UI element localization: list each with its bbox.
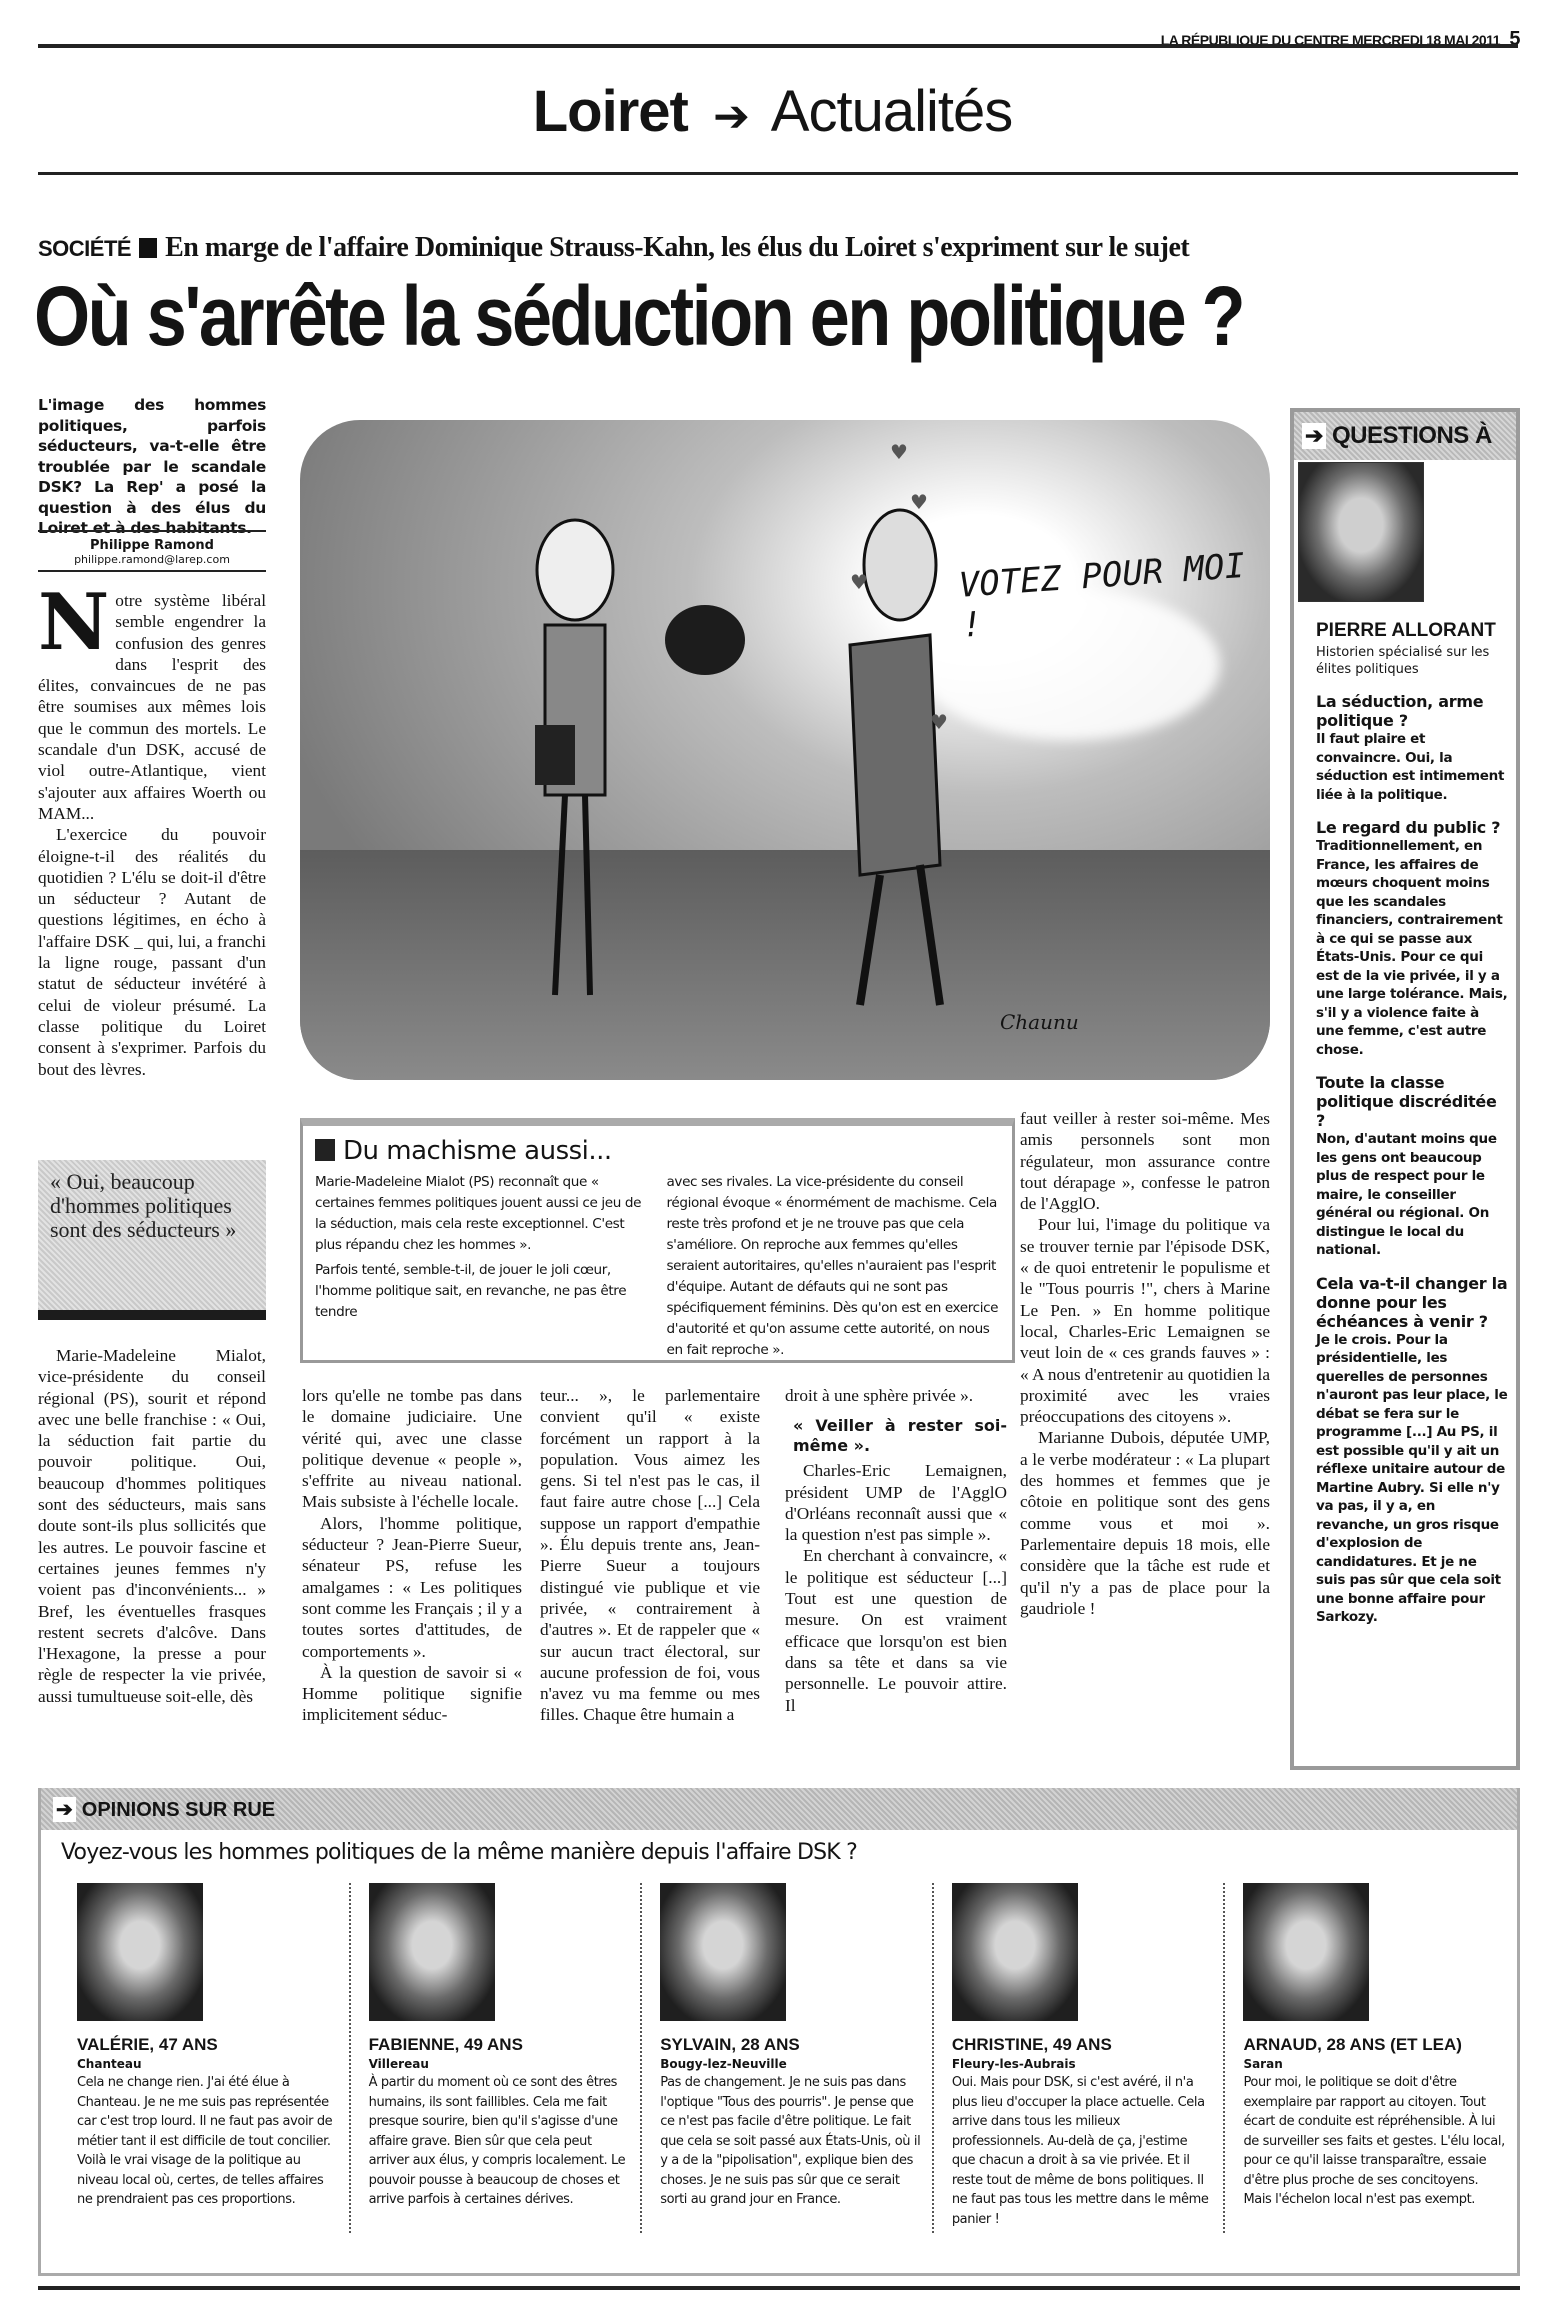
pull-quote-text: « Oui, beaucoup d'hommes politiques sont… (50, 1170, 254, 1242)
inset-title-text: Du machisme aussi... (343, 1136, 612, 1166)
section-rule (38, 172, 1518, 175)
kicker-tag: SOCIÉTÉ (38, 236, 131, 261)
lead-paragraph: L'image des hommes politiques, parfois s… (38, 395, 266, 539)
person-name: SYLVAIN, 28 ANS (660, 2035, 922, 2055)
interviewee-name: PIERRE ALLORANT (1316, 620, 1516, 642)
person-photo (660, 1883, 786, 2021)
section-region: Loiret (533, 79, 688, 144)
person-quote: Pas de changement. Je ne suis pas dans l… (660, 2073, 922, 2210)
inset-title: Du machisme aussi... (315, 1136, 1000, 1166)
answer: Il faut plaire et convaincre. Oui, la sé… (1316, 730, 1508, 804)
questions-header-text: QUESTIONS À (1332, 422, 1492, 449)
arrow-right-icon: ➔ (1302, 423, 1326, 449)
opinions-header: ➔OPINIONS SUR RUE (41, 1788, 1517, 1830)
person-quote: Cela ne change rien. J'ai été élue à Cha… (77, 2073, 339, 2210)
dropcap: N (38, 592, 109, 654)
column-1-continued: Marie-Madeleine Mialot, vice-présidente … (38, 1345, 266, 1707)
paragraph: teur... », le parlementaire convient qu'… (540, 1385, 760, 1726)
person-photo (1243, 1883, 1369, 2021)
author-email[interactable]: philippe.ramond@larep.com (38, 553, 266, 566)
opinions-row: VALÉRIE, 47 ANS Chanteau Cela ne change … (59, 1883, 1517, 2233)
questions-sidebar: ➔QUESTIONS À PIERRE ALLORANT Historien s… (1290, 408, 1520, 1770)
man-figure-icon (790, 505, 960, 1015)
flower-bouquet-icon (665, 605, 745, 675)
opinion-card: VALÉRIE, 47 ANS Chanteau Cela ne change … (59, 1883, 351, 2233)
paragraph: avec ses rivales. La vice-présidente du … (667, 1172, 1001, 1361)
square-bullet-icon (139, 238, 157, 258)
opinion-card: SYLVAIN, 28 ANS Bougy-lez-Neuville Pas d… (642, 1883, 934, 2233)
answer: Non, d'autant moins que les gens ont bea… (1316, 1130, 1508, 1260)
inset-col: Marie-Madeleine Mialot (PS) reconnaît qu… (315, 1172, 649, 1365)
paragraph: Charles-Eric Lemaignen, président UMP de… (785, 1460, 1007, 1545)
kicker-text: En marge de l'affaire Dominique Strauss-… (165, 232, 1189, 263)
paragraph: lors qu'elle ne tombe pas dans le domain… (302, 1385, 522, 1513)
column-2: lors qu'elle ne tombe pas dans le domain… (302, 1385, 522, 1726)
pull-quote: « Oui, beaucoup d'hommes politiques sont… (38, 1160, 266, 1320)
woman-figure-icon (515, 515, 635, 1015)
square-bullet-icon (315, 1139, 335, 1161)
portrait-photo (1298, 462, 1424, 602)
person-quote: Oui. Mais pour DSK, si c'est avéré, il n… (952, 2073, 1214, 2229)
paragraph: Pour lui, l'image du politique va se tro… (1020, 1214, 1270, 1427)
person-name: VALÉRIE, 47 ANS (77, 2035, 339, 2055)
column-5: faut veiller à rester soi-même. Mes amis… (1020, 1108, 1270, 1619)
paragraph: À la question de savoir si « Homme polit… (302, 1662, 522, 1726)
qa-item: Toute la classe politique discréditée ?N… (1316, 1073, 1508, 1260)
ground (300, 850, 1270, 1080)
person-location: Saran (1243, 2057, 1507, 2071)
person-photo (952, 1883, 1078, 2021)
inset-box: Du machisme aussi... Marie-Madeleine Mia… (300, 1118, 1015, 1363)
top-rule (38, 44, 1518, 48)
person-location: Chanteau (77, 2057, 339, 2071)
subheading: « Veiller à rester soi-même ». (793, 1416, 1007, 1456)
questions-header: ➔QUESTIONS À (1294, 412, 1516, 460)
qa-item: La séduction, arme politique ?Il faut pl… (1316, 692, 1508, 804)
opinions-question: Voyez-vous les hommes politiques de la m… (61, 1840, 1517, 1865)
person-name: FABIENNE, 49 ANS (369, 2035, 631, 2055)
paragraph: En cherchant à convaincre, « le politiqu… (785, 1545, 1007, 1715)
heart-icon: ♥ (910, 490, 928, 514)
person-quote: À partir du moment où ce sont des êtres … (369, 2073, 631, 2210)
person-photo (369, 1883, 495, 2021)
paragraph: Marie-Madeleine Mialot, vice-présidente … (38, 1345, 266, 1707)
interviewee-role: Historien spécialisé sur les élites poli… (1316, 644, 1506, 678)
person-name: CHRISTINE, 49 ANS (952, 2035, 1214, 2055)
cartoon-illustration: ♥ ♥ ♥ ♥ VOTEZ POUR MOI ! Chaunu (300, 420, 1270, 1080)
heart-icon: ♥ (890, 440, 908, 464)
question: Toute la classe politique discréditée ? (1316, 1073, 1508, 1130)
answer: Je le crois. Pour la présidentielle, les… (1316, 1331, 1508, 1627)
paragraph: faut veiller à rester soi-même. Mes amis… (1020, 1108, 1270, 1214)
paragraph: Marianne Dubois, députée UMP, a le verbe… (1020, 1427, 1270, 1619)
opinion-card: FABIENNE, 49 ANS Villereau À partir du m… (351, 1883, 643, 2233)
street-opinions: ➔OPINIONS SUR RUE Voyez-vous les hommes … (38, 1788, 1520, 2276)
bottom-rule (38, 2286, 1520, 2290)
byline: Philippe Ramond philippe.ramond@larep.co… (38, 530, 266, 572)
column-3: teur... », le parlementaire convient qu'… (540, 1385, 760, 1726)
qa-item: Le regard du public ?Traditionnellement,… (1316, 818, 1508, 1059)
author-name: Philippe Ramond (38, 538, 266, 553)
headline: Où s'arrête la séduction en politique ? (34, 268, 1243, 365)
opinion-card: ARNAUD, 28 ANS (ET LEA) Saran Pour moi, … (1225, 1883, 1517, 2233)
artist-signature: Chaunu (1000, 1010, 1079, 1034)
answer: Traditionnellement, en France, les affai… (1316, 837, 1508, 1059)
arrow-right-icon: ➔ (53, 1797, 76, 1822)
paragraph: droit à une sphère privée ». (785, 1385, 1007, 1406)
person-location: Fleury-les-Aubrais (952, 2057, 1214, 2071)
person-location: Bougy-lez-Neuville (660, 2057, 922, 2071)
heart-icon: ♥ (850, 570, 868, 594)
inset-col: avec ses rivales. La vice-présidente du … (667, 1172, 1001, 1365)
kicker: SOCIÉTÉEn marge de l'affaire Dominique S… (38, 232, 1189, 264)
opinions-header-text: OPINIONS SUR RUE (82, 1799, 275, 1821)
person-name: ARNAUD, 28 ANS (ET LEA) (1243, 2035, 1507, 2055)
column-4: droit à une sphère privée ». « Veiller à… (785, 1385, 1007, 1716)
person-location: Villereau (369, 2057, 631, 2071)
question: Le regard du public ? (1316, 818, 1508, 837)
opinion-card: CHRISTINE, 49 ANS Fleury-les-Aubrais Oui… (934, 1883, 1226, 2233)
column-1: N otre système libéral semble engendrer … (38, 590, 266, 1080)
section-name: Actualités (771, 79, 1012, 144)
person-quote: Pour moi, le politique se doit d'être ex… (1243, 2073, 1507, 2210)
paragraph: Alors, l'homme politique, séducteur ? Je… (302, 1513, 522, 1662)
arrow-right-icon: ➔ (713, 92, 749, 141)
speech-text: VOTEZ POUR MOI ! (958, 544, 1270, 645)
person-photo (77, 1883, 203, 2021)
qa-item: Cela va-t-il changer la donne pour les é… (1316, 1274, 1508, 1627)
question: Cela va-t-il changer la donne pour les é… (1316, 1274, 1508, 1331)
section-title: Loiret ➔ Actualités (0, 78, 1545, 145)
heart-icon: ♥ (930, 710, 948, 734)
paragraph: Marie-Madeleine Mialot (PS) reconnaît qu… (315, 1172, 649, 1256)
question: La séduction, arme politique ? (1316, 692, 1508, 730)
paragraph: Parfois tenté, semble-t-il, de jouer le … (315, 1260, 649, 1323)
paragraph: L'exercice du pouvoir éloigne-t-il des r… (38, 824, 266, 1080)
